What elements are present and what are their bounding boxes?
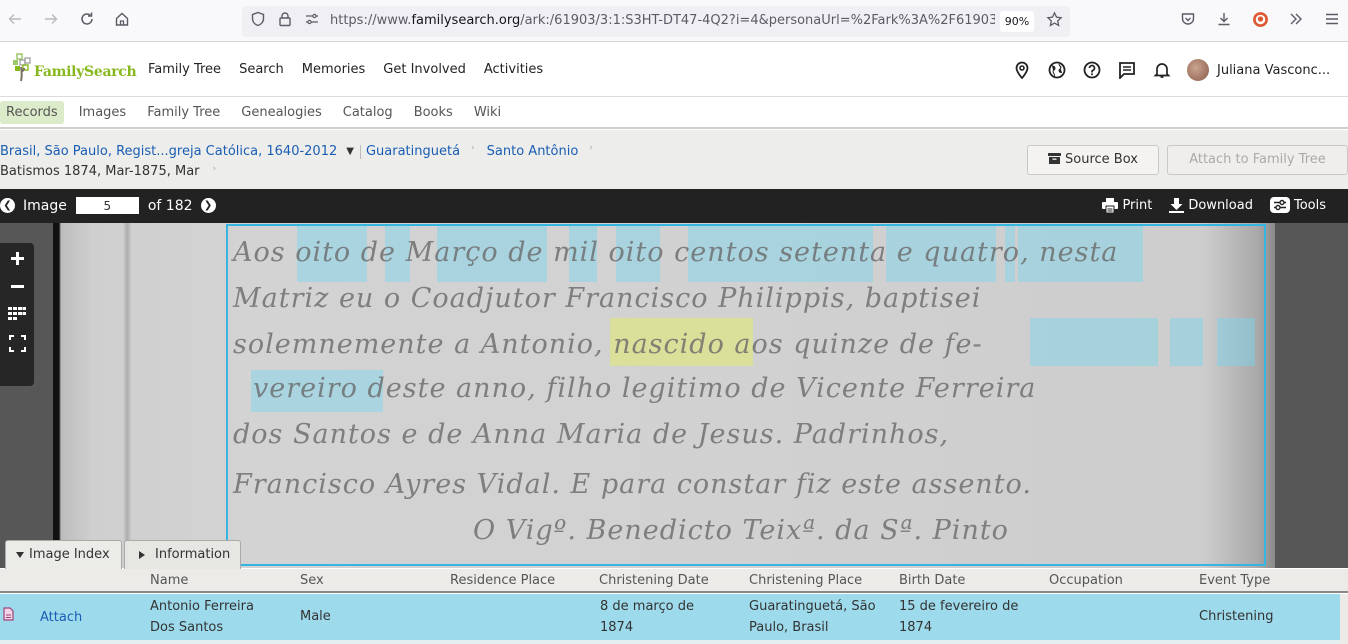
breadcrumb-guaratingueta[interactable]: Guaratinguetá (366, 144, 460, 159)
permissions-icon[interactable] (302, 11, 322, 31)
subnav-genealogies[interactable]: Genealogies (235, 102, 327, 123)
tools-label: Tools (1294, 198, 1326, 213)
lock-icon[interactable] (275, 11, 295, 31)
column-header-christening-date[interactable]: Christening Date (599, 573, 709, 588)
image-label: Image (23, 198, 67, 214)
breadcrumb-batismos: Batismos 1874, Mar-1875, Mar (0, 164, 200, 179)
nav-search[interactable]: Search (239, 62, 284, 77)
nav-memories[interactable]: Memories (302, 62, 366, 77)
zoom-in-icon[interactable] (0, 244, 34, 272)
cell-birth-date-line1: 15 de fevereiro de (899, 596, 1018, 617)
image-pager: ❮ Image of 182 ❯ (0, 197, 216, 214)
user-avatar[interactable] (1187, 59, 1209, 81)
location-pin-icon[interactable] (1010, 58, 1034, 82)
record-image-viewer[interactable]: Aos oito de Março de mil oito centos set… (0, 223, 1348, 568)
table-row[interactable]: Attach Antonio Ferreira Dos Santos Male … (0, 594, 1340, 640)
subnav-images[interactable]: Images (73, 102, 133, 123)
collection-dropdown-caret-icon[interactable]: ▼ (346, 146, 354, 157)
downloads-icon[interactable] (1214, 11, 1234, 31)
breadcrumb-area: Brasil, São Paulo, Regist...greja Católi… (0, 130, 1348, 189)
column-header-occupation[interactable]: Occupation (1049, 573, 1123, 588)
cell-christening-place-line1: Guaratinguetá, São (749, 596, 876, 617)
tab-information-label: Information (155, 541, 230, 569)
logo-wordmark: FamilySearch (34, 64, 136, 80)
nav-activities[interactable]: Activities (484, 62, 543, 77)
cell-name-line2: Dos Santos (150, 617, 223, 638)
source-box-button[interactable]: Source Box (1027, 145, 1159, 175)
bookmark-star-icon[interactable] (1044, 11, 1064, 31)
nav-get-involved[interactable]: Get Involved (383, 62, 466, 77)
download-label: Download (1188, 198, 1253, 213)
user-name[interactable]: Juliana Vasconc... (1217, 63, 1330, 78)
download-icon (1169, 198, 1184, 213)
breadcrumb: Brasil, São Paulo, Regist...greja Católi… (0, 144, 605, 159)
column-header-residence-place[interactable]: Residence Place (450, 573, 555, 588)
attach-to-family-tree-button[interactable]: Attach to Family Tree (1167, 145, 1348, 175)
messages-icon[interactable] (1115, 58, 1139, 82)
attach-link[interactable]: Attach (40, 607, 82, 628)
column-header-sex[interactable]: Sex (300, 573, 324, 588)
previous-image-icon[interactable]: ❮ (0, 198, 15, 213)
breadcrumb-chevron-icon: › (589, 143, 593, 153)
record-selection-frame (226, 224, 1266, 566)
cell-birth-date-line2: 1874 (899, 617, 932, 638)
breadcrumb-collection[interactable]: Brasil, São Paulo, Regist...greja Católi… (0, 144, 337, 159)
archive-box-icon (1048, 153, 1061, 164)
column-header-event-type[interactable]: Event Type (1199, 573, 1270, 588)
image-number-input[interactable] (76, 197, 139, 214)
url-bar[interactable]: https://www.familysearch.org/ark:/61903/… (242, 6, 1070, 37)
home-icon[interactable] (112, 11, 132, 31)
hamburger-menu-icon[interactable] (1322, 11, 1342, 31)
page-fold (123, 223, 131, 568)
download-button[interactable]: Download (1169, 198, 1253, 213)
pocket-icon[interactable] (1178, 11, 1198, 31)
cell-christening-date-line1: 8 de março de (600, 596, 694, 617)
print-label: Print (1122, 198, 1152, 213)
image-viewer-toolbar: ❮ Image of 182 ❯ Print Download Tools (0, 189, 1348, 223)
back-arrow-icon[interactable] (5, 11, 25, 31)
table-row-next (0, 640, 1348, 644)
tab-image-index-label: Image Index (29, 541, 110, 569)
url-text[interactable]: https://www.familysearch.org/ark:/61903/… (330, 13, 995, 28)
tab-information[interactable]: Information (124, 540, 241, 569)
url-path: /ark:/61903/3:1:S3HT-DT47-4Q2?i=4&person… (520, 13, 995, 28)
url-prefix: https://www. (330, 13, 411, 28)
printer-icon (1102, 198, 1118, 213)
breadcrumb-divider (360, 145, 361, 159)
table-scrollbar[interactable] (1340, 594, 1348, 644)
help-question-icon[interactable] (1080, 58, 1104, 82)
record-document-icon[interactable] (3, 607, 14, 628)
next-image-icon[interactable]: ❯ (201, 198, 216, 213)
subnav-wiki[interactable]: Wiki (468, 102, 507, 123)
notifications-bell-icon[interactable] (1150, 58, 1174, 82)
records-subnav: Records Images Family Tree Genealogies C… (0, 98, 1348, 129)
column-header-birth-date[interactable]: Birth Date (899, 573, 965, 588)
column-header-name[interactable]: Name (150, 573, 188, 588)
main-navigation: Family Tree Search Memories Get Involved… (148, 62, 561, 77)
duckduckgo-extension-icon[interactable] (1250, 11, 1270, 31)
subnav-catalog[interactable]: Catalog (337, 102, 399, 123)
image-count: of 182 (148, 198, 193, 214)
breadcrumb-current: Batismos 1874, Mar-1875, Mar › (0, 164, 228, 179)
subnav-records[interactable]: Records (0, 101, 64, 124)
reload-icon[interactable] (77, 11, 97, 31)
zoom-controls (0, 243, 34, 386)
fullscreen-icon[interactable] (0, 329, 34, 357)
cell-event-type: Christening (1199, 606, 1273, 627)
breadcrumb-chevron-icon: › (213, 164, 217, 174)
shield-icon[interactable] (248, 11, 268, 31)
url-domain: familysearch.org (411, 13, 520, 28)
nav-family-tree[interactable]: Family Tree (148, 62, 221, 77)
source-box-label: Source Box (1065, 152, 1138, 167)
print-button[interactable]: Print (1102, 198, 1152, 213)
viewer-tools: Print Download Tools (1085, 197, 1326, 213)
cell-name-line1: Antonio Ferreira (150, 596, 254, 617)
zoom-level-badge[interactable]: 90% (1000, 11, 1034, 32)
sliders-icon (1270, 197, 1290, 213)
browser-toolbar: https://www.familysearch.org/ark:/61903/… (0, 0, 1348, 42)
breadcrumb-santo-antonio[interactable]: Santo Antônio (487, 144, 579, 159)
collapsed-triangle-icon (139, 551, 145, 559)
header-icons: Juliana Vasconc... (1010, 58, 1330, 82)
familysearch-logo[interactable]: FamilySearch (12, 52, 134, 84)
cell-christening-date-line2: 1874 (600, 617, 633, 638)
subnav-family-tree[interactable]: Family Tree (141, 102, 226, 123)
subnav-books[interactable]: Books (408, 102, 459, 123)
globe-icon[interactable] (1045, 58, 1069, 82)
zoom-out-icon[interactable] (0, 272, 34, 300)
tab-image-index[interactable]: Image Index (5, 540, 122, 569)
grid-view-icon[interactable] (0, 300, 34, 328)
column-header-christening-place[interactable]: Christening Place (749, 573, 862, 588)
expanded-triangle-icon (16, 552, 24, 558)
breadcrumb-chevron-icon: › (471, 143, 475, 153)
site-header: FamilySearch Family Tree Search Memories… (0, 42, 1348, 97)
tools-button[interactable]: Tools (1270, 197, 1326, 213)
image-index-table-header: Name Sex Residence Place Christening Dat… (0, 569, 1348, 593)
cell-sex: Male (300, 606, 331, 627)
cell-christening-place-line2: Paulo, Brasil (749, 617, 829, 638)
more-tools-chevron-icon[interactable] (1286, 11, 1306, 31)
forward-arrow-icon[interactable] (41, 11, 61, 31)
